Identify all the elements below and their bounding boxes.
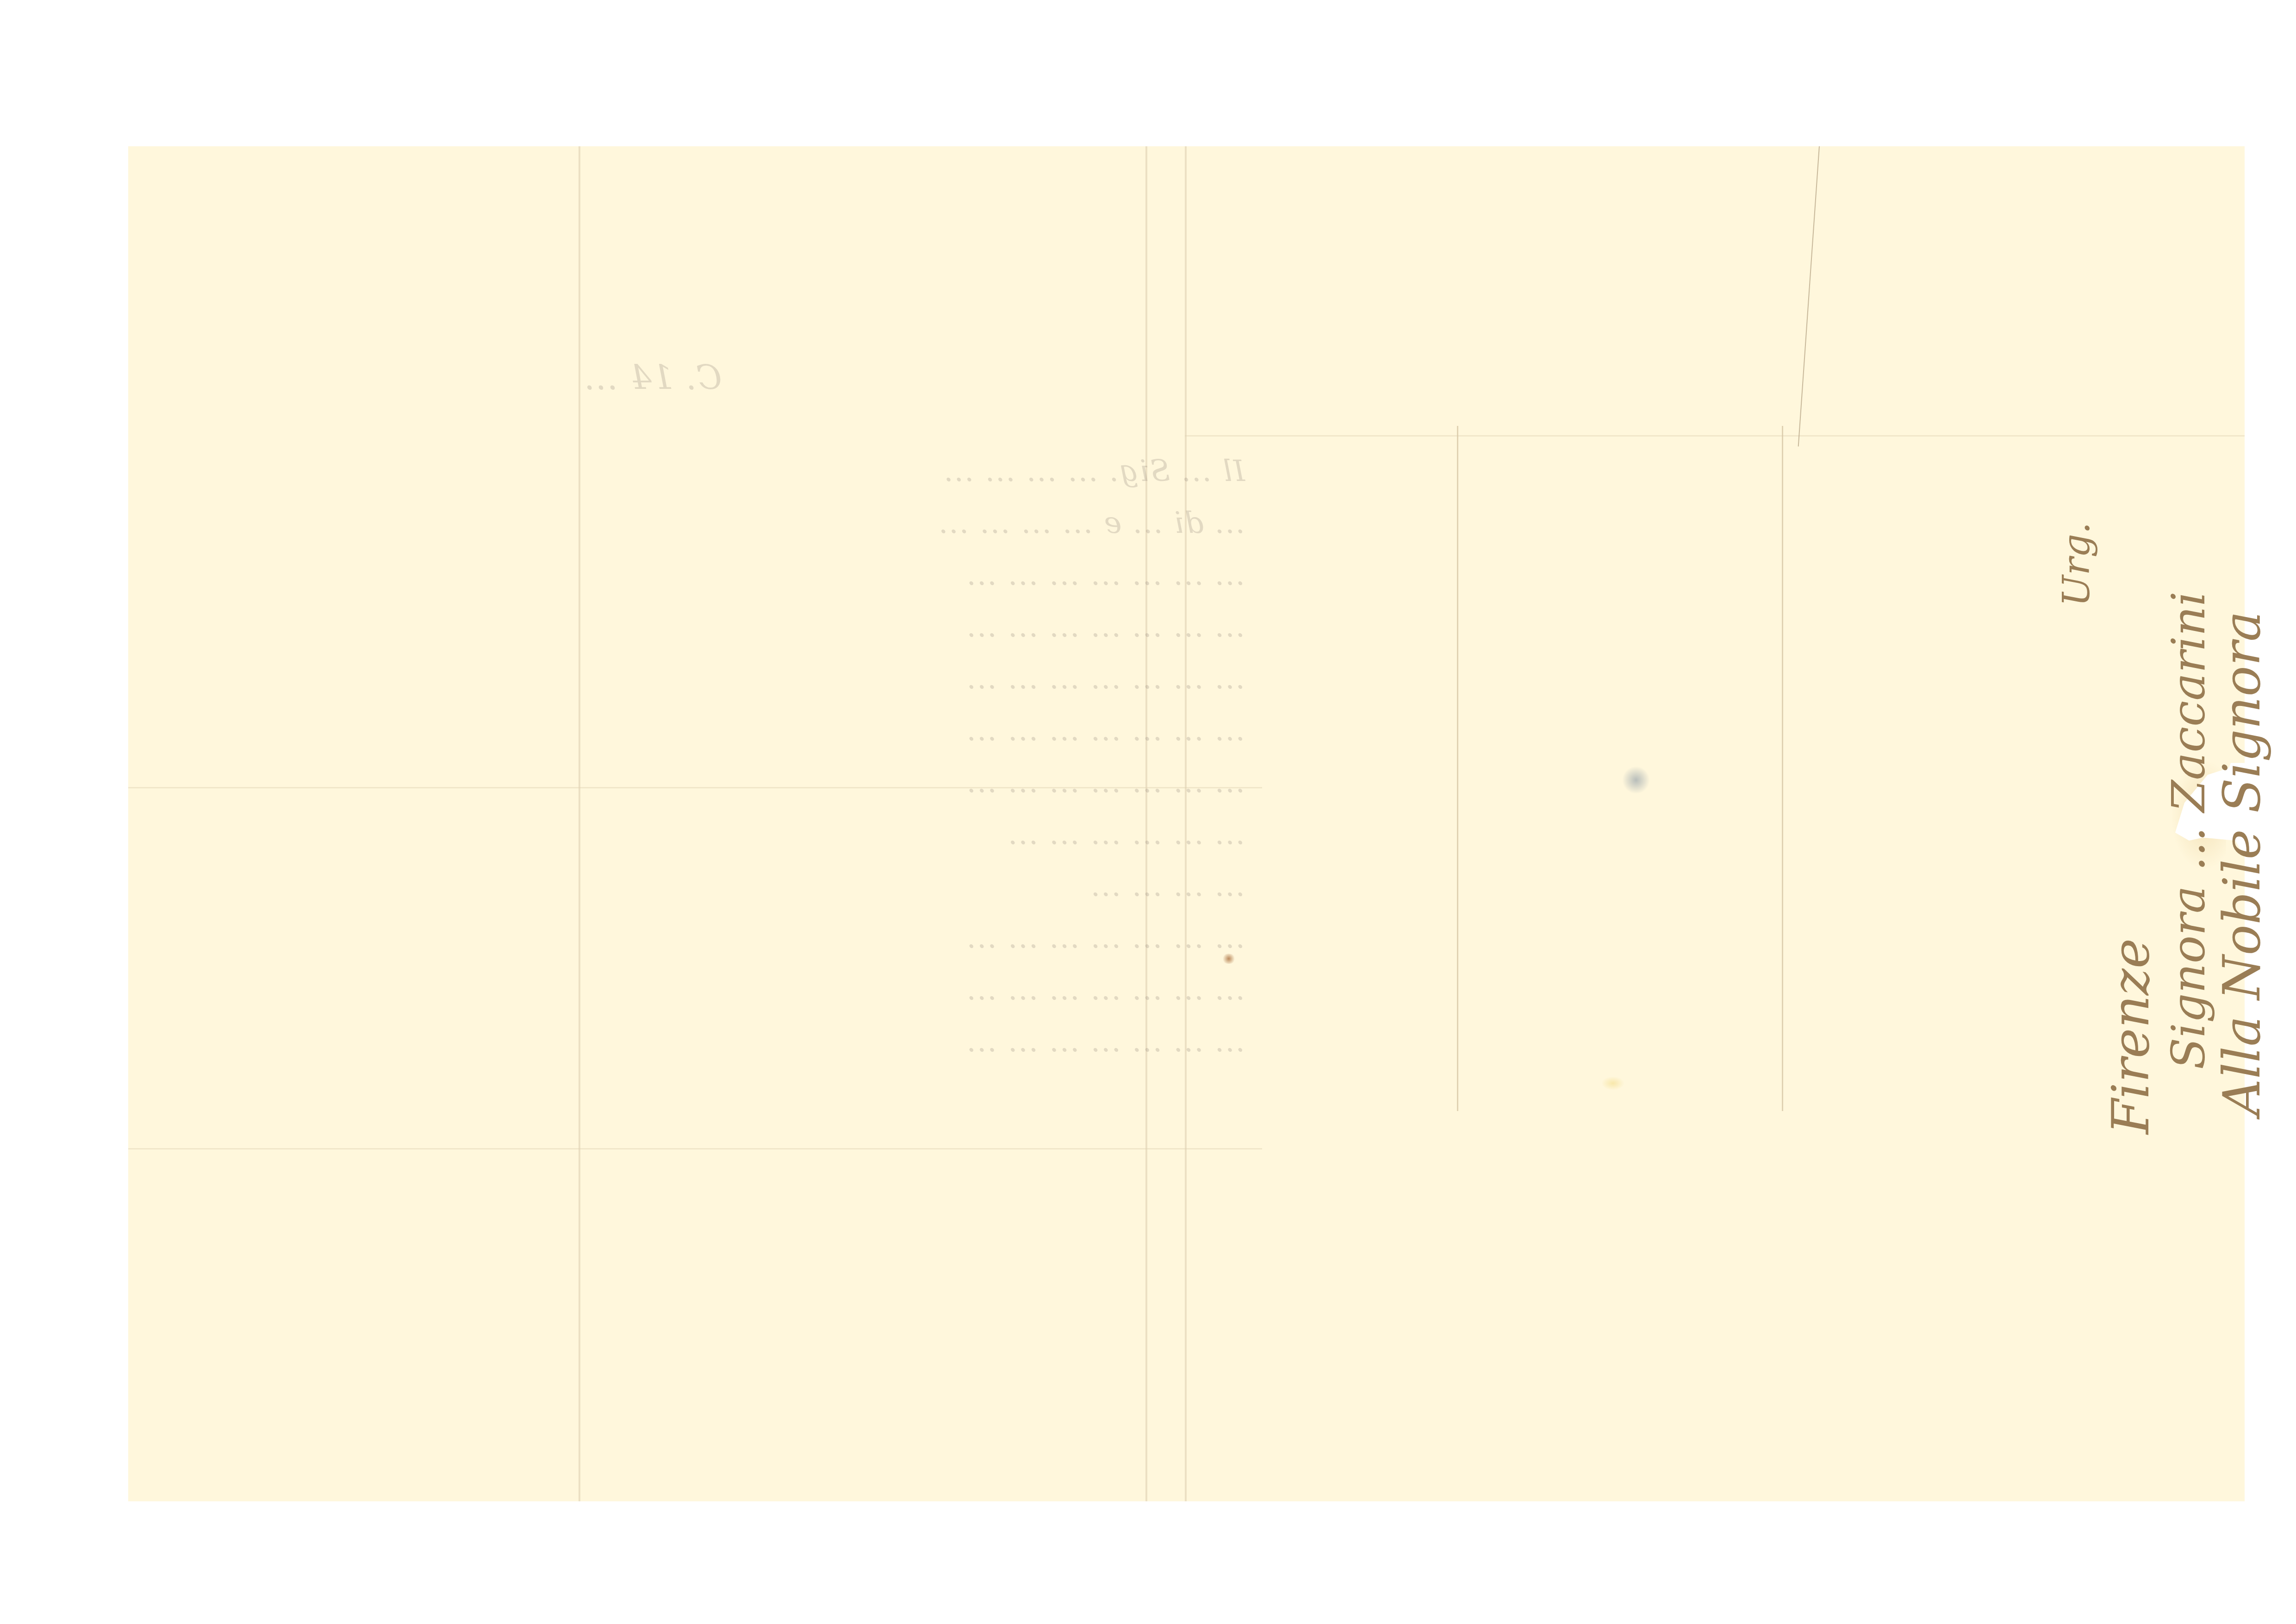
address-block: Urg. Alla Nobile Signora Signora ... Zac… [1786,463,2046,1134]
bleed-line: ... ... ... ... [199,860,1245,912]
bleed-line: ... ... ... ... ... ... ... [199,756,1245,808]
bleed-through-text: C. 14 ... Il ... Sig. ... ... ... ... ..… [199,352,1245,1167]
bleed-date: C. 14 ... [199,352,1245,404]
stain-spot [1601,1076,1624,1090]
panel-border-left [1457,426,1458,1111]
bleed-line: ... ... ... ... ... ... ... [199,653,1245,705]
bleed-line: ... ... ... ... ... ... ... [199,601,1245,653]
bleed-line: ... ... ... ... ... ... ... [199,912,1245,964]
bleed-line: ... ... ... ... ... ... [199,808,1245,860]
bleed-line: ... ... ... ... ... ... ... [199,549,1245,601]
bleed-line: ... di ... e ... ... ... ... [199,497,1245,549]
address-line-2: Signora ... Zaccarini [2161,592,2215,1069]
address-mark: Urg. [2055,522,2098,606]
bleed-line: Il ... Sig. ... ... ... ... [199,445,1245,497]
address-line-1: Alla Nobile Signora [2212,611,2271,1116]
bleed-line: ... ... ... ... ... ... ... [199,705,1245,756]
bleed-line: ... ... ... ... ... ... ... [199,1016,1245,1068]
fold-line [1185,435,2245,437]
address-line-3: Firenze [2101,938,2160,1134]
bleed-line: ... ... ... ... ... ... ... [199,964,1245,1016]
panel-border-right [1782,426,1783,1111]
seal-spot [1622,766,1650,794]
